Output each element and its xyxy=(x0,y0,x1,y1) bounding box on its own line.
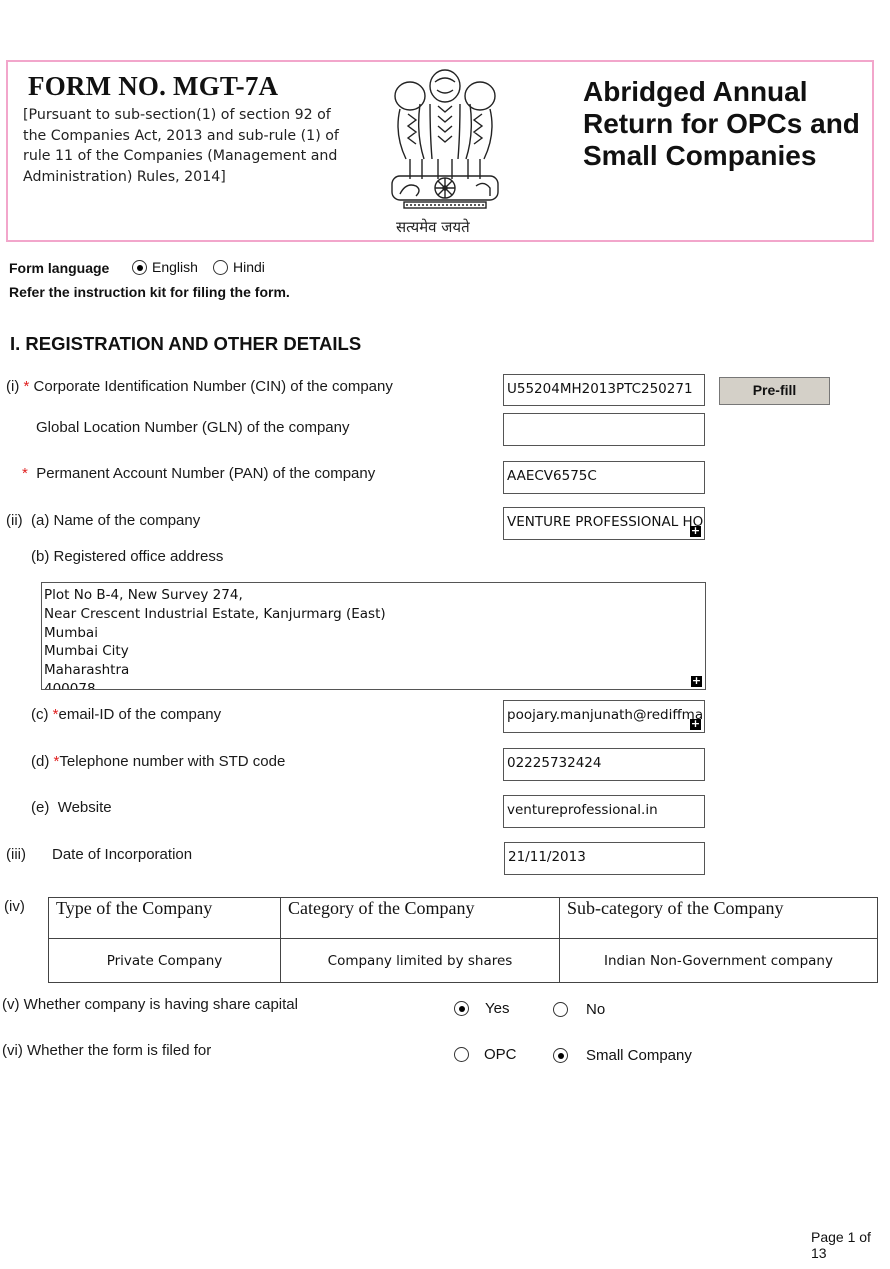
address-line: Maharashtra xyxy=(44,661,703,680)
address-line: Mumbai xyxy=(44,624,703,643)
company-table-prefix: (iv) xyxy=(4,898,25,915)
telephone-prefix: (d) xyxy=(31,753,49,770)
address-line: 400078 xyxy=(44,680,703,690)
name-label-text: (a) Name of the company xyxy=(31,512,200,529)
expand-plus-icon[interactable]: + xyxy=(690,526,701,537)
share-capital-label: (v) Whether company is having share capi… xyxy=(2,996,298,1013)
radio-yes-label: Yes xyxy=(485,1000,509,1017)
incorporation-prefix: (iii) xyxy=(6,846,26,863)
form-language-label: Form language xyxy=(9,260,109,276)
radio-no-label: No xyxy=(586,1001,605,1018)
national-emblem-icon xyxy=(380,64,510,214)
pan-input[interactable]: AAECV6575C xyxy=(503,461,705,494)
website-prefix: (e) xyxy=(31,799,49,816)
radio-small-company-label: Small Company xyxy=(586,1047,692,1064)
address-line: Near Crescent Industrial Estate, Kanjurm… xyxy=(44,605,703,624)
radio-share-capital-no[interactable] xyxy=(553,1002,568,1017)
radio-english-label: English xyxy=(152,259,198,275)
company-name-input[interactable]: VENTURE PROFESSIONAL HOS xyxy=(503,507,705,540)
radio-hindi-label: Hindi xyxy=(233,259,265,275)
pursuant-text: [Pursuant to sub-section(1) of section 9… xyxy=(23,105,353,187)
prefill-button[interactable]: Pre-fill xyxy=(719,377,830,405)
cin-label: (i) * Corporate Identification Number (C… xyxy=(6,378,393,395)
incorporation-date-input[interactable]: 21/11/2013 xyxy=(504,842,705,875)
cin-label-text: Corporate Identification Number (CIN) of… xyxy=(34,378,393,395)
section-title: I. REGISTRATION AND OTHER DETAILS xyxy=(10,333,361,355)
table-row: Private Company Company limited by share… xyxy=(49,939,878,983)
email-input[interactable]: poojary.manjunath@rediffmail xyxy=(503,700,705,733)
website-label-text: Website xyxy=(58,799,112,816)
email-prefix: (c) xyxy=(31,706,49,723)
name-prefix: (ii) xyxy=(6,512,23,529)
gln-label: Global Location Number (GLN) of the comp… xyxy=(36,419,349,436)
emblem-motto: सत्यमेव जयते xyxy=(396,217,470,237)
table-header-row: Type of the Company Category of the Comp… xyxy=(49,898,878,939)
expand-plus-icon[interactable]: + xyxy=(691,676,702,687)
address-line: Plot No B-4, New Survey 274, xyxy=(44,586,703,605)
radio-opc[interactable] xyxy=(454,1047,469,1062)
radio-english[interactable] xyxy=(132,260,147,275)
email-label: (c) *email-ID of the company xyxy=(31,706,221,723)
website-label: (e) Website xyxy=(31,799,112,816)
pan-label-text: Permanent Account Number (PAN) of the co… xyxy=(36,465,375,482)
radio-share-capital-yes[interactable] xyxy=(454,1001,469,1016)
pan-label: * Permanent Account Number (PAN) of the … xyxy=(22,465,375,482)
company-category-value: Company limited by shares xyxy=(281,939,560,983)
telephone-label: (d) *Telephone number with STD code xyxy=(31,753,285,770)
incorporation-label: Date of Incorporation xyxy=(52,846,192,863)
gln-input[interactable] xyxy=(503,413,705,446)
filed-for-label: (vi) Whether the form is filed for xyxy=(2,1042,211,1059)
instruction-text: Refer the instruction kit for filing the… xyxy=(9,284,290,300)
telephone-label-text: Telephone number with STD code xyxy=(59,753,285,770)
address-label: (b) Registered office address xyxy=(31,548,223,565)
required-marker: * xyxy=(22,465,28,482)
table-header: Category of the Company xyxy=(281,898,560,939)
radio-small-company[interactable] xyxy=(553,1048,568,1063)
email-label-text: email-ID of the company xyxy=(59,706,222,723)
page-number: Page 1 of 13 xyxy=(811,1229,890,1261)
company-subcategory-value: Indian Non-Government company xyxy=(560,939,878,983)
company-name-label: (ii) (a) Name of the company xyxy=(6,512,200,529)
required-marker: * xyxy=(24,378,30,395)
telephone-input[interactable]: 02225732424 xyxy=(503,748,705,781)
table-header: Type of the Company xyxy=(49,898,281,939)
radio-hindi[interactable] xyxy=(213,260,228,275)
expand-plus-icon[interactable]: + xyxy=(690,719,701,730)
table-header: Sub-category of the Company xyxy=(560,898,878,939)
form-title: Abridged Annual Return for OPCs and Smal… xyxy=(583,76,873,172)
company-type-value: Private Company xyxy=(49,939,281,983)
form-number: FORM NO. MGT-7A xyxy=(28,71,278,102)
cin-prefix: (i) xyxy=(6,378,19,395)
cin-input[interactable]: U55204MH2013PTC250271 xyxy=(503,374,705,406)
company-type-table: Type of the Company Category of the Comp… xyxy=(48,897,878,983)
radio-opc-label: OPC xyxy=(484,1046,517,1063)
address-textarea[interactable]: Plot No B-4, New Survey 274, Near Cresce… xyxy=(41,582,706,690)
address-line: Mumbai City xyxy=(44,642,703,661)
website-input[interactable]: ventureprofessional.in xyxy=(503,795,705,828)
